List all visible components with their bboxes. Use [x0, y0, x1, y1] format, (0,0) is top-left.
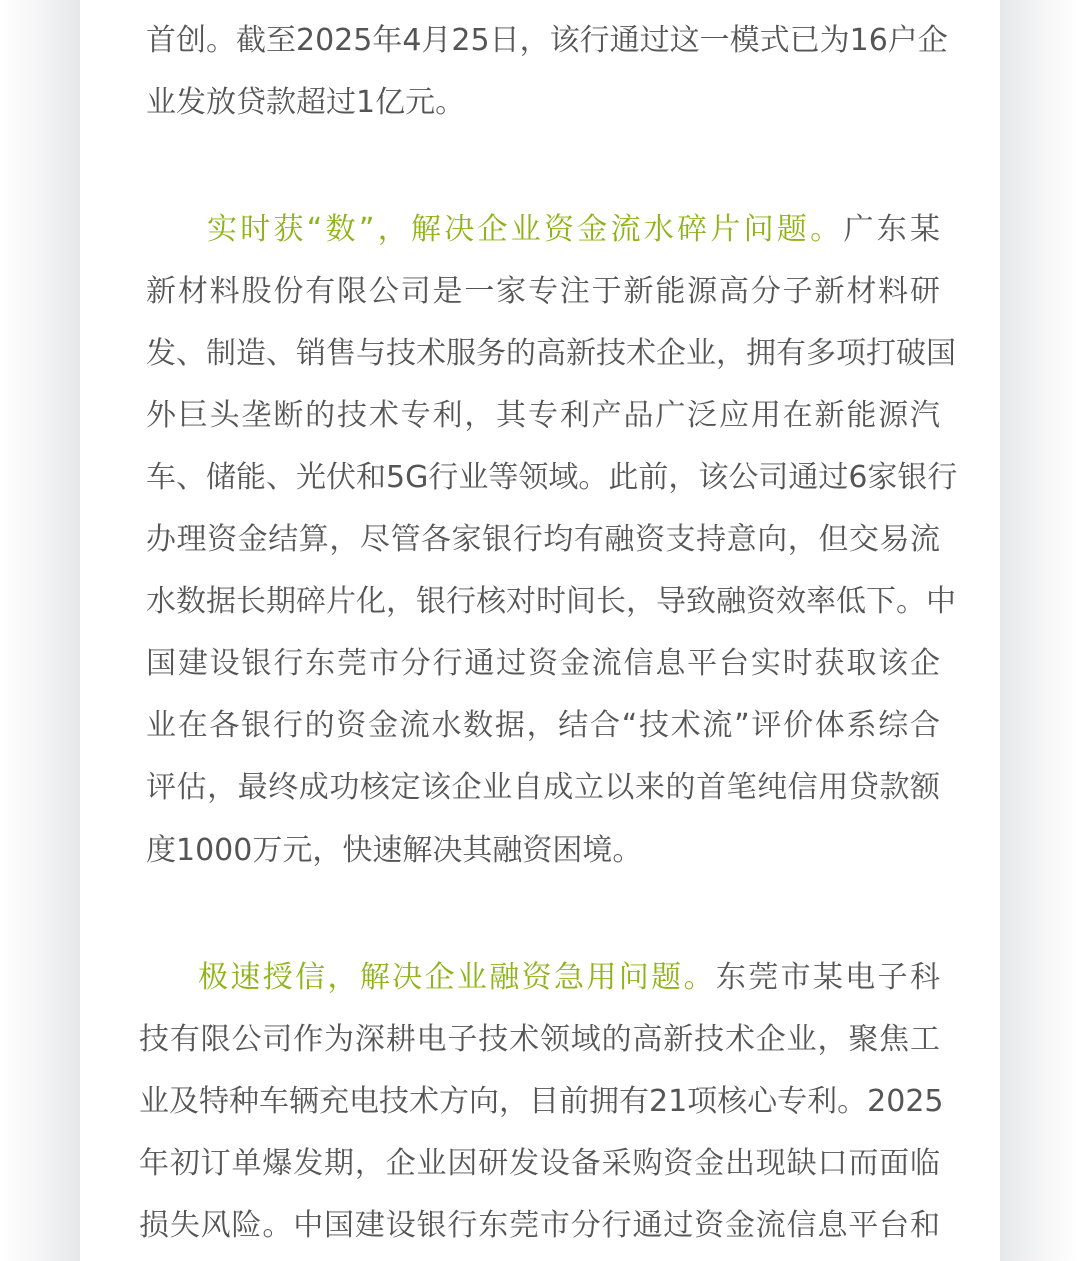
- paragraph-first-line: 实时获“数”，解决企业资金流水碎片问题。广东某: [207, 210, 940, 250]
- paragraph-line: 技有限公司作为深耕电子技术领域的高新技术企业，聚焦工: [139, 1020, 940, 1060]
- paragraph-line: 办理资金结算，尽管各家银行均有融资支持意向，但交易流: [146, 520, 940, 560]
- paragraph-line: 业发放贷款超过1亿元。: [146, 83, 940, 123]
- paragraph-line: 新材料股份有限公司是一家专注于新能源高分子新材料研: [146, 272, 940, 312]
- section-heading-fast-credit: 极速授信，解决企业融资急用问题。: [198, 960, 716, 995]
- paragraph-text: 广东某: [843, 212, 940, 247]
- paragraph-line: 业在各银行的资金流水数据，结合“技术流”评价体系综合: [146, 706, 940, 746]
- page-shadow-left: [0, 0, 80, 1261]
- paragraph-text: 东莞市某电子科: [716, 960, 940, 995]
- paragraph-line: 首创。截至2025年4月25日，该行通过这一模式已为16户企: [146, 21, 940, 61]
- paragraph-line: 评估，最终成功核定该企业自成立以来的首笔纯信用贷款额: [146, 768, 940, 808]
- paragraph-line: 水数据长期碎片化，银行核对时间长，导致融资效率低下。中: [146, 582, 940, 622]
- section-heading-realtime-data: 实时获“数”，解决企业资金流水碎片问题。: [207, 212, 843, 247]
- paragraph-line: 业及特种车辆充电技术方向，目前拥有21项核心专利。2025: [139, 1082, 940, 1122]
- paragraph-line: 度1000万元，快速解决其融资困境。: [146, 831, 940, 871]
- paragraph-line: 车、储能、光伏和5G行业等领域。此前，该公司通过6家银行: [146, 458, 940, 498]
- paragraph-line: 外巨头垄断的技术专利，其专利产品广泛应用在新能源汽: [146, 396, 940, 436]
- paragraph-line: 国建设银行东莞市分行通过资金流信息平台实时获取该企: [146, 644, 940, 684]
- page-shadow-right: [1000, 0, 1080, 1261]
- paragraph-line: 发、制造、销售与技术服务的高新技术企业，拥有多项打破国: [146, 334, 940, 374]
- paragraph-line: 损失风险。中国建设银行东莞市分行通过资金流信息平台和: [139, 1206, 940, 1246]
- paragraph-first-line: 极速授信，解决企业融资急用问题。东莞市某电子科: [198, 958, 940, 998]
- paragraph-line: 年初订单爆发期，企业因研发设备采购资金出现缺口而面临: [139, 1144, 940, 1184]
- article-card: 首创。截至2025年4月25日，该行通过这一模式已为16户企 业发放贷款超过1亿…: [80, 0, 1000, 1261]
